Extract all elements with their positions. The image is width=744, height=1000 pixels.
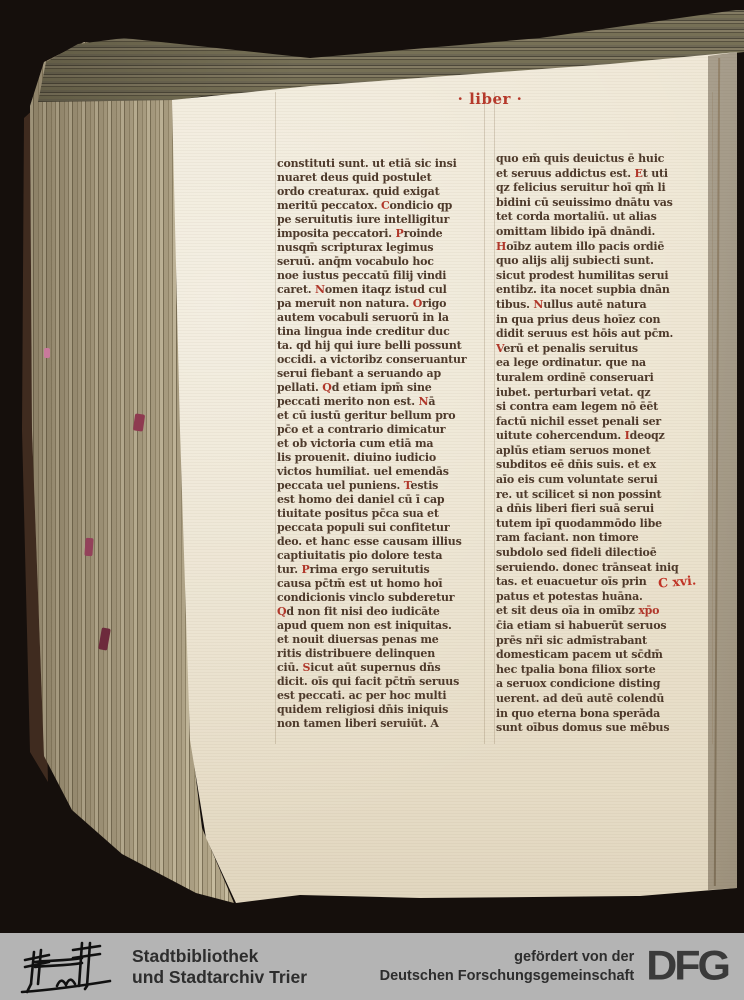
library-name-line2: und Stadtarchiv Trier [132, 967, 307, 988]
text-line: captiuitatis pio dolore testa [277, 549, 484, 563]
text-line: caret. Nomen itaqz istud cul [277, 283, 484, 297]
text-line: prēs nr̄i sic admīstrabant [496, 634, 712, 649]
text-line: peccata populi sui confitetur [277, 521, 484, 535]
text-line: pe seruitutis iure intelligitur [277, 213, 484, 227]
text-line: tina lingua inde creditur duc [277, 325, 484, 339]
text-line: re. ut scilicet si non possint [496, 488, 712, 503]
text-line: et nouit diuersas penas me [277, 633, 484, 647]
text-line: uerent. ad deū autē colendū [496, 692, 712, 707]
text-line: est homo dei daniel cū ī cap [277, 493, 484, 507]
text-line: autem vocabuli seruorū in la [277, 311, 484, 325]
text-line: peccata uel puniens. Testis [277, 479, 484, 493]
credit-footer-bar: Stadtbibliothek und Stadtarchiv Trier ge… [0, 933, 744, 1000]
rubricated-initial: P [302, 563, 310, 576]
text-line: victos humiliat. uel emendās [277, 465, 484, 479]
text-line: c̄ia etiam si habuerūt seruos [496, 619, 712, 634]
text-line: factū nichil esset penali ser [496, 415, 712, 430]
running-title: · liber · [420, 90, 560, 108]
text-line: tur. Prima ergo seruitutis [277, 563, 484, 577]
text-line: quo alijs alij subiecti sunt. [496, 254, 712, 269]
text-line: Verū et penalis seruitus [496, 342, 712, 357]
text-line: pa meruit non natura. Origo [277, 297, 484, 311]
rubricated-initial: T [404, 479, 411, 492]
text-line: aplūs etiam seruos monet [496, 444, 712, 459]
text-line: et cū iustū geritur bellum pro [277, 409, 484, 423]
rubricated-initial: S [303, 661, 311, 674]
text-line: in quo eterna bona sperāda [496, 707, 712, 722]
text-line: Qd non fit nisi deo iudicāte [277, 605, 484, 619]
ruling-line [275, 92, 276, 744]
text-line: noe iustus peccatū filij vindi [277, 269, 484, 283]
text-line: quo em̄ quis deuictus ē huic [496, 152, 712, 167]
text-column-right: quo em̄ quis deuictus ē huicet seruus ad… [496, 152, 712, 736]
text-line: si contra eam legem nō ēēt [496, 400, 712, 415]
text-line: nusqm̄ scripturax legimus [277, 241, 484, 255]
text-line: ritis distribuere delinquen [277, 647, 484, 661]
rubricated-initial: Q [277, 605, 286, 618]
rubricated-initial: O [413, 297, 422, 310]
text-line: hec tpalia bona filiox sorte [496, 663, 712, 678]
text-line: dicit. oīs qui facit pc̄tm̄ seruus [277, 675, 484, 689]
text-line: occidi. a victoribz conseruantur [277, 353, 484, 367]
rubricated-initial: N [418, 395, 428, 408]
manuscript-scan: · liber · constituti sunt. ut etiā sic i… [0, 0, 744, 1000]
text-line: Hoībz autem illo pacis ordiē [496, 240, 712, 255]
text-line: tiuitate positus pc̄ca sua et [277, 507, 484, 521]
ruling-line [494, 92, 495, 744]
text-line: domesticam pacem ut sc̄dm̄ [496, 648, 712, 663]
text-line: condicionis vinclo subderetur [277, 591, 484, 605]
rubricated-initial: E [635, 167, 643, 180]
text-line: serui fiebant a seruando ap [277, 367, 484, 381]
text-line: sunt oībus domus sue mēbus [496, 721, 712, 736]
text-line: a seruox condicione disting [496, 677, 712, 692]
text-line: est peccati. ac per hoc multi [277, 689, 484, 703]
rubricated-initial: N [315, 283, 325, 296]
text-line: constituti sunt. ut etiā sic insi [277, 157, 484, 171]
text-line: pc̄o et a contrario dimicatur [277, 423, 484, 437]
text-line: entibz. ita nocet supbia dnān [496, 283, 712, 298]
text-line: sicut prodest humilitas serui [496, 269, 712, 284]
text-line: quidem religiosi dn̄is iniquis [277, 703, 484, 717]
ruling-line [484, 92, 485, 744]
text-line: ea lege ordinatur. que na [496, 356, 712, 371]
ruling-line [712, 92, 713, 744]
text-line: iubet. perturbari vetat. qz [496, 386, 712, 401]
text-line: lis prouenit. diuino iudicio [277, 451, 484, 465]
text-line: tet corda mortaliū. ut alias [496, 210, 712, 225]
funding-line2: Deutschen Forschungsgemeinschaft [380, 967, 635, 985]
text-line: ciū. Sicut aūt supernus dn̄s [277, 661, 484, 675]
text-line: didit seruus est hōis aut pc̄m. [496, 327, 712, 342]
text-line: et seruus addictus est. Et uti [496, 167, 712, 182]
text-line: non tamen liberi seruiūt. A [277, 717, 484, 731]
text-line: subdolo sed fideli dilectioē [496, 546, 712, 561]
rubricated-initial: Q [322, 381, 331, 394]
rubricated-initial: I [625, 429, 630, 442]
funding-credit: gefördert von der Deutschen Forschungsge… [380, 948, 635, 984]
bookmark-tab [84, 538, 93, 557]
text-line: ordo creaturax. quid exigat [277, 185, 484, 199]
rubricated-initial: V [496, 342, 503, 355]
bookmark-tab [44, 348, 50, 358]
text-line: apud quem non est iniquitas. [277, 619, 484, 633]
text-column-left: constituti sunt. ut etiā sic insinuaret … [277, 157, 484, 731]
text-line: omittam libido ipā dnāndi. [496, 225, 712, 240]
text-line: meritū peccatox. Condicio qp [277, 199, 484, 213]
library-name-line1: Stadtbibliothek [132, 946, 307, 967]
rubricated-initial: P [396, 227, 404, 240]
text-line: bidini cū seuissimo dnātu vas [496, 196, 712, 211]
text-line: causa pc̄tm̄ est ut homo hoī [277, 577, 484, 591]
text-line: nuaret deus quid postulet [277, 171, 484, 185]
text-line: patus et potestas huāna. [496, 590, 712, 605]
rubricated-initial: N [533, 298, 543, 311]
text-line: in qua prius deus hoīez con [496, 313, 712, 328]
funding-line1: gefördert von der [380, 948, 635, 966]
text-line: uitute cohercendum. Ideoqz [496, 429, 712, 444]
text-line: qz felicius seruitur hoī qm̄ li [496, 181, 712, 196]
text-line: tutem ipī quodammōdo libe [496, 517, 712, 532]
text-line: turalem ordinē conseruari [496, 371, 712, 386]
text-line: a dn̄is liberi fieri suā serui [496, 502, 712, 517]
text-line: pellati. Qd etiam ipm̄ sine [277, 381, 484, 395]
rubricated-initial: xp̄o [638, 604, 659, 617]
text-line: ta. qd hij qui iure belli possunt [277, 339, 484, 353]
text-line: peccati merito non est. Nā [277, 395, 484, 409]
text-line: deo. et hanc esse causam illius [277, 535, 484, 549]
dfg-logo: DFG [646, 946, 728, 987]
text-line: seruū. anq̄m vocabulo hoc [277, 255, 484, 269]
text-line: et ob victoria cum etiā ma [277, 437, 484, 451]
rubricated-initial: H [496, 240, 506, 253]
text-line: aīo eis cum voluntate serui [496, 473, 712, 488]
text-line: imposita peccatori. Proinde [277, 227, 484, 241]
bridge-sketch-icon [20, 939, 120, 995]
text-line: subditos eē dn̄is suis. et ex [496, 458, 712, 473]
text-line: tibus. Nullus autē natura [496, 298, 712, 313]
text-line: ram faciant. non timore [496, 531, 712, 546]
text-line: et sit deus oīa in omībz xp̄o [496, 604, 712, 619]
library-name: Stadtbibliothek und Stadtarchiv Trier [132, 946, 307, 987]
rubricated-initial: C [381, 199, 390, 212]
